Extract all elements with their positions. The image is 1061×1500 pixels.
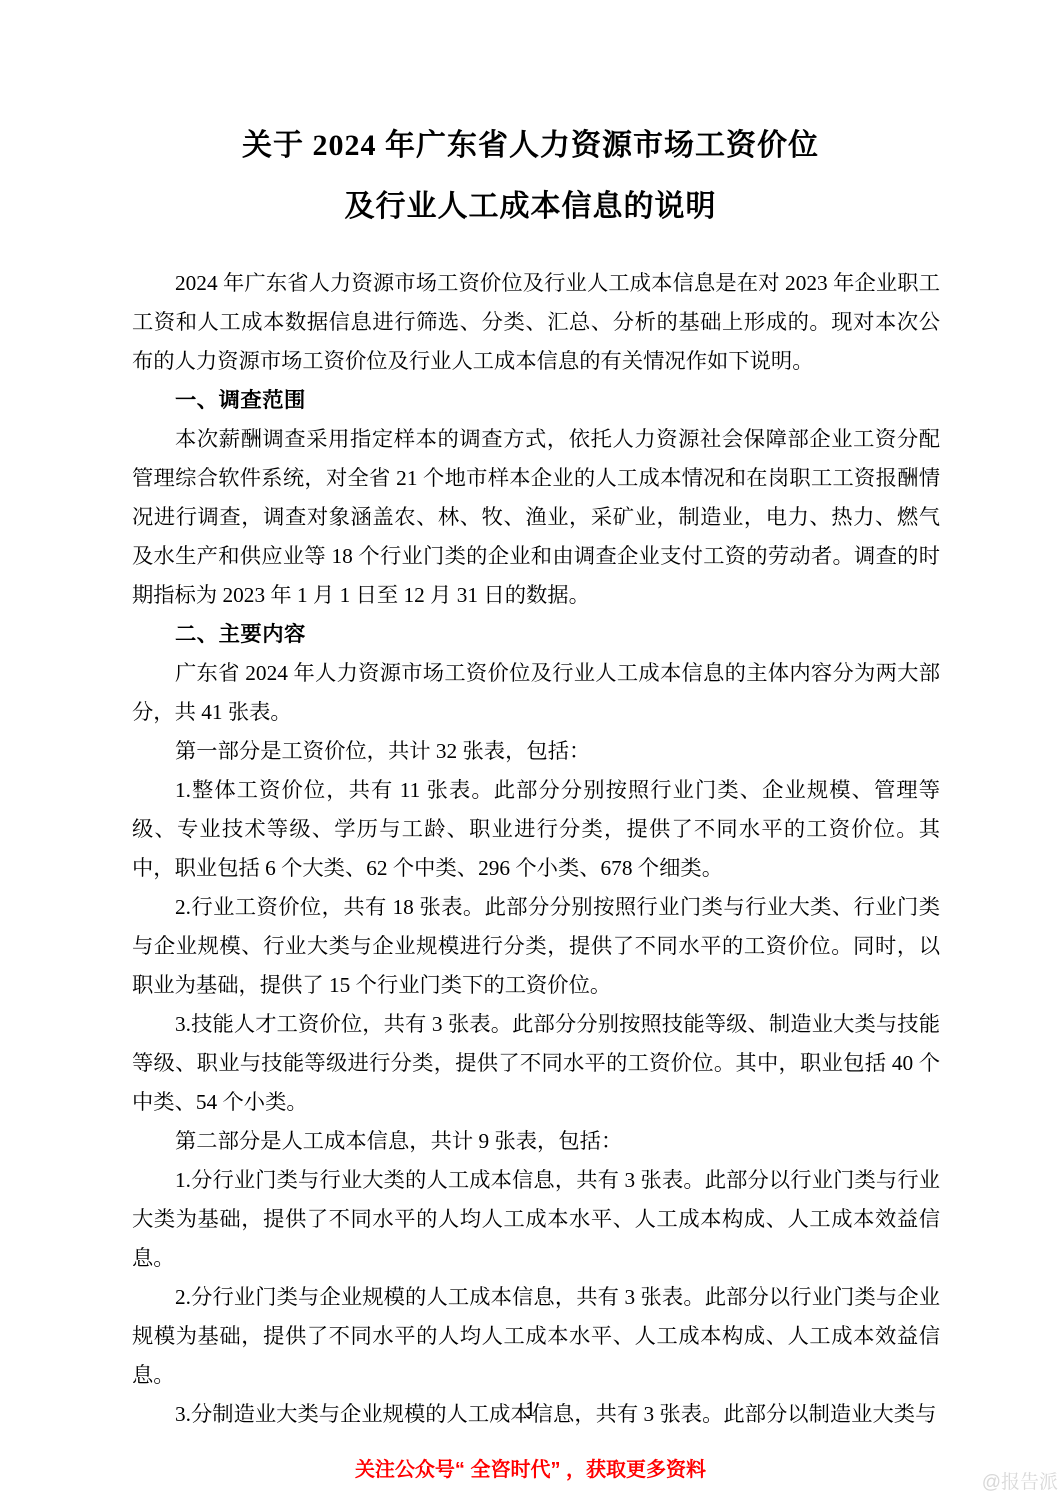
document-title: 关于 2024 年广东省人力资源市场工资价位 及行业人工成本信息的说明: [0, 0, 1061, 237]
footer-notice: 关注公众号“ 全咨时代” ，获取更多资料: [0, 1458, 1061, 1482]
document-body: 2024 年广东省人力资源市场工资价位及行业人工成本信息是在对 2023 年企业…: [132, 264, 940, 1434]
section-heading-main-content: 二、主要内容: [132, 615, 940, 654]
part1-item1-paragraph: 1.整体工资价位，共有 11 张表。此部分分别按照行业门类、企业规模、管理等级、…: [132, 771, 940, 888]
title-line-2: 及行业人工成本信息的说明: [0, 176, 1061, 237]
main-content-overview-paragraph: 广东省 2024 年人力资源市场工资价位及行业人工成本信息的主体内容分为两大部分…: [132, 654, 940, 732]
part2-item1-paragraph: 1.分行业门类与行业大类的人工成本信息，共有 3 张表。此部分以行业门类与行业大…: [132, 1161, 940, 1278]
page-number: 1: [0, 1396, 1061, 1422]
survey-scope-paragraph: 本次薪酬调查采用指定样本的调查方式，依托人力资源社会保障部企业工资分配管理综合软…: [132, 420, 940, 615]
part2-intro-paragraph: 第二部分是人工成本信息，共计 9 张表，包括：: [132, 1122, 940, 1161]
document-page: 关于 2024 年广东省人力资源市场工资价位 及行业人工成本信息的说明 2024…: [0, 0, 1061, 1500]
part1-item2-paragraph: 2.行业工资价位，共有 18 张表。此部分分别按照行业门类与行业大类、行业门类与…: [132, 888, 940, 1005]
part1-item3-paragraph: 3.技能人才工资价位，共有 3 张表。此部分分别按照技能等级、制造业大类与技能等…: [132, 1005, 940, 1122]
part1-intro-paragraph: 第一部分是工资价位，共计 32 张表，包括：: [132, 732, 940, 771]
title-line-1: 关于 2024 年广东省人力资源市场工资价位: [0, 115, 1061, 176]
section-heading-survey-scope: 一、调查范围: [132, 381, 940, 420]
part2-item2-paragraph: 2.分行业门类与企业规模的人工成本信息，共有 3 张表。此部分以行业门类与企业规…: [132, 1278, 940, 1395]
watermark: @报告派: [982, 1472, 1058, 1494]
intro-paragraph: 2024 年广东省人力资源市场工资价位及行业人工成本信息是在对 2023 年企业…: [132, 264, 940, 381]
